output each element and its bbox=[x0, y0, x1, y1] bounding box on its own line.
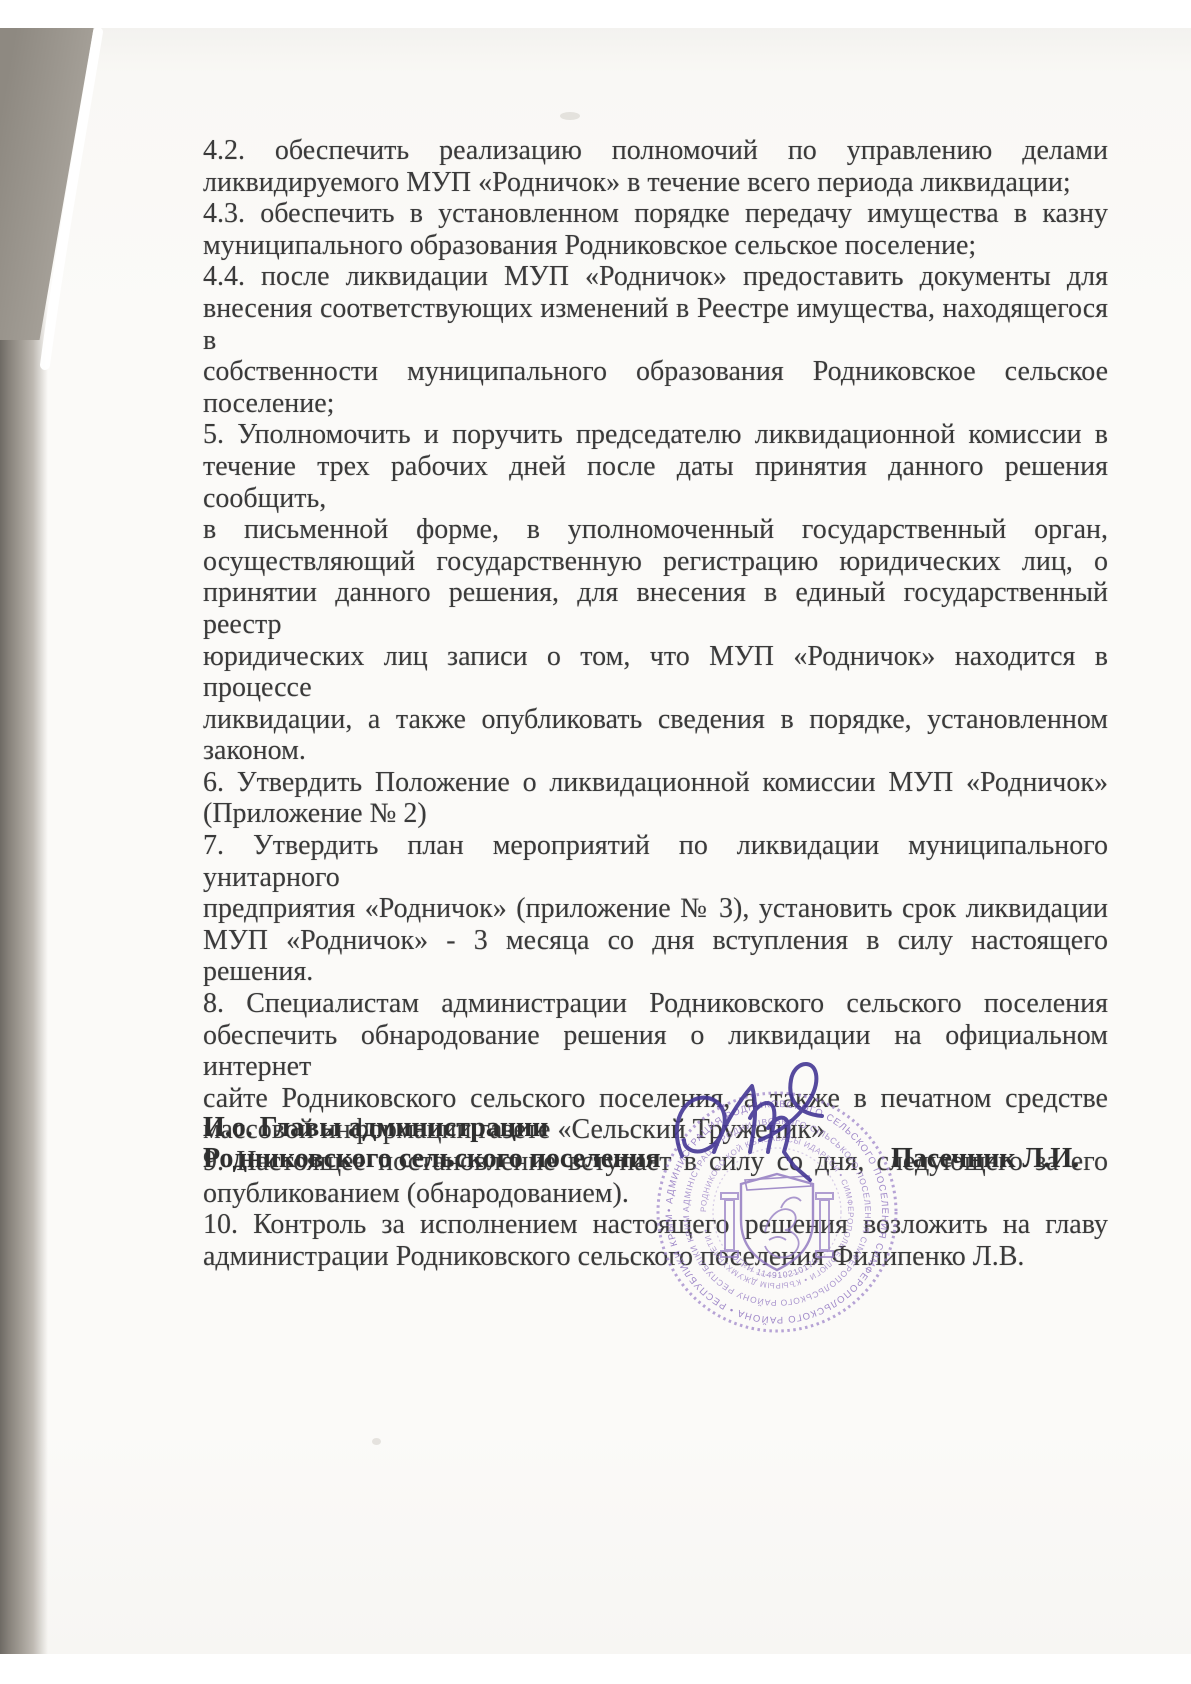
document-line: 8. Специалистам администрации Родниковск… bbox=[203, 988, 1108, 1020]
paragraph-5: 5. Уполномочить и поручить председателю … bbox=[203, 419, 1108, 767]
document-line: в письменной форме, в уполномоченный гос… bbox=[203, 514, 1108, 546]
document-line: ликвидируемого МУП «Родничок» в течение … bbox=[203, 167, 1108, 199]
document-line: поселение; bbox=[203, 388, 1108, 420]
document-line: 5. Уполномочить и поручить председателю … bbox=[203, 419, 1108, 451]
scanned-document-page: { "document": { "paragraphs": [ {"lines"… bbox=[0, 0, 1191, 1684]
signature-ink bbox=[648, 1052, 888, 1202]
document-line: собственности муниципального образования… bbox=[203, 356, 1108, 388]
document-line: 4.2. обеспечить реализацию полномочий по… bbox=[203, 135, 1108, 167]
document-line: ликвидации, а также опубликовать сведени… bbox=[203, 704, 1108, 736]
document-line: течение трех рабочих дней после даты при… bbox=[203, 451, 1108, 514]
paragraph-4-4: 4.4. после ликвидации МУП «Родничок» пре… bbox=[203, 261, 1108, 419]
griffin-figure bbox=[765, 1197, 801, 1257]
document-line: юридических лиц записи о том, что МУП «Р… bbox=[203, 641, 1108, 704]
paragraph-4-2: 4.2. обеспечить реализацию полномочий по… bbox=[203, 135, 1108, 198]
stamp-columns bbox=[721, 1193, 833, 1257]
document-line: внесения соответствующих изменений в Рее… bbox=[203, 293, 1108, 356]
paragraph-4-3: 4.3. обеспечить в установленном порядке … bbox=[203, 198, 1108, 261]
document-line: принятии данного решения, для внесения в… bbox=[203, 577, 1108, 640]
document-line: 7. Утвердить план мероприятий по ликвида… bbox=[203, 830, 1108, 893]
signer-name: Пасечник Л.И. bbox=[891, 1143, 1079, 1175]
document-line: законом. bbox=[203, 735, 1108, 767]
document-line: (Приложение № 2) bbox=[203, 798, 1108, 830]
signature-role-line2: Родниковского сельского поселения bbox=[203, 1143, 661, 1174]
paragraph-7: 7. Утвердить план мероприятий по ликвида… bbox=[203, 830, 1108, 988]
scan-speck bbox=[372, 1438, 381, 1445]
document-line: 4.4. после ликвидации МУП «Родничок» пре… bbox=[203, 261, 1108, 293]
signature-role-title: И.о. Главы администрации Родниковского с… bbox=[203, 1112, 661, 1174]
document-line: осуществляющий государственную регистрац… bbox=[203, 546, 1108, 578]
paragraph-6: 6. Утвердить Положение о ликвидационной … bbox=[203, 767, 1108, 830]
document-line: муниципального образования Родниковское … bbox=[203, 230, 1108, 262]
document-line: 6. Утвердить Положение о ликвидационной … bbox=[203, 767, 1108, 799]
document-line: 4.3. обеспечить в установленном порядке … bbox=[203, 198, 1108, 230]
scan-speck bbox=[560, 112, 580, 120]
document-line: предприятия «Родничок» (приложение № 3),… bbox=[203, 893, 1108, 925]
document-line: МУП «Родничок» - 3 месяца со дня вступле… bbox=[203, 925, 1108, 988]
signature-role-line1: И.о. Главы администрации bbox=[203, 1112, 661, 1143]
